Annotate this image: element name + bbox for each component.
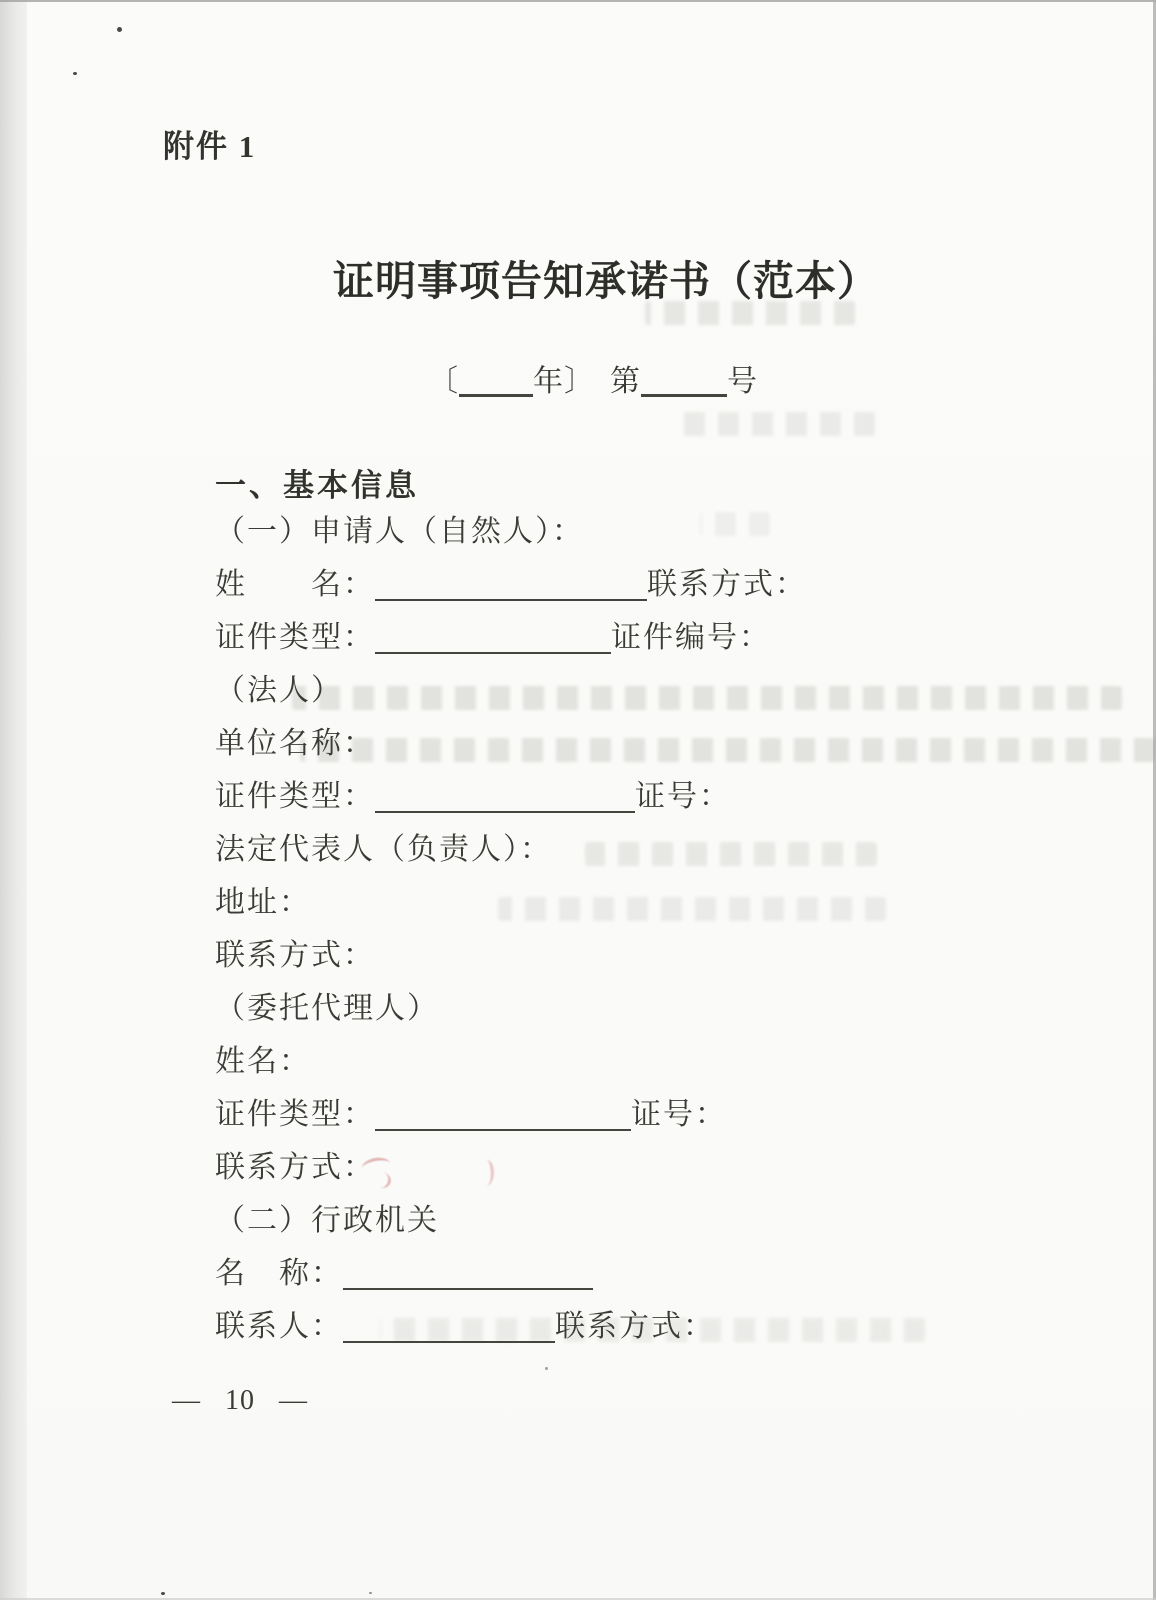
field-label: 法定代表人（负责人）： [215,833,552,866]
field-label: 姓 名： [215,568,375,601]
bleed-through-artifact [680,412,875,436]
field-label: 名 称： [215,1257,343,1290]
dust-speck [161,1592,165,1595]
form-line-id-type-agent: 证件类型：证号： [215,1088,1115,1141]
field-label: 联系方式： [647,568,807,601]
form-line-agent-name: 姓名： [215,1035,1115,1088]
form-line-legal-representative: 法定代表人（负责人）： [215,823,1115,876]
field-label: 联系人： [215,1310,343,1343]
doc-number-year-suffix: 年〕 [533,365,595,398]
field-label: 姓名： [215,1045,311,1078]
year-blank-field [459,368,533,397]
field-label: 证号： [635,780,731,813]
form-line-name: 姓 名：联系方式： [215,558,1115,611]
field-label: 联系方式： [215,1151,375,1184]
doc-number-no-label: 第 [610,365,641,398]
form-line-address: 地址： [215,876,1115,929]
page-number: — 10 — [172,1385,308,1417]
number-blank-field [641,368,727,397]
form-line-organ-name: 名 称： [215,1247,1115,1300]
field-label: 地址： [215,886,311,919]
form-line-unit-name: 单位名称： [215,717,1115,770]
form-line-legal-person-header: （法人） [215,664,1115,717]
field-label: （一）申请人（自然人）： [215,515,584,548]
document-title: 证明事项告知承诺书（范本） [333,248,879,307]
document-number-line: 〔年〕第号 [428,356,758,400]
field-label: 证件类型： [215,1098,375,1131]
field-label: （二）行政机关 [215,1204,439,1237]
form-line-contact-agent: 联系方式： [215,1141,1115,1194]
attachment-label: 附件 1 [163,121,256,166]
form-line-id-type-natural: 证件类型：证件编号： [215,611,1115,664]
dust-speck [545,1367,548,1370]
form-body: （一）申请人（自然人）： 姓 名：联系方式： 证件类型：证件编号： （法人） 单… [215,505,1115,1353]
scan-top-edge-line [0,0,1156,2]
field-label: 证号： [631,1098,727,1131]
scanned-document-page: 附件 1 证明事项告知承诺书（范本） 〔年〕第号 一、基本信息 （一）申请人（自… [0,0,1156,1600]
id-type-blank-field [375,1099,631,1131]
id-type-blank-field [375,622,611,654]
field-label: 单位名称： [215,727,375,760]
doc-number-no-suffix: 号 [727,365,758,398]
dust-speck [73,72,77,75]
field-label: 联系方式： [215,939,375,972]
name-blank-field [375,569,647,601]
section-heading-basic-info: 一、基本信息 [215,460,419,505]
field-label: 证件类型： [215,780,375,813]
field-label: 证件编号： [611,621,771,654]
organ-name-blank-field [343,1258,593,1290]
field-label: 联系方式： [555,1310,715,1343]
id-type-blank-field [375,781,635,813]
field-label: （法人） [215,674,343,707]
dust-speck [369,1592,372,1594]
contact-person-blank-field [343,1311,555,1343]
field-label: （委托代理人） [215,992,439,1025]
form-line-id-type-legal: 证件类型：证号： [215,770,1115,823]
form-line-applicant-natural-person: （一）申请人（自然人）： [215,505,1115,558]
dust-speck [117,27,122,32]
form-line-entrusted-agent-header: （委托代理人） [215,982,1115,1035]
form-line-admin-organ-header: （二）行政机关 [215,1194,1115,1247]
form-line-contact-person: 联系人：联系方式： [215,1300,1115,1353]
form-line-contact-legal: 联系方式： [215,929,1115,982]
scan-left-edge-shadow [0,0,27,1600]
doc-number-open-bracket: 〔 [428,365,459,398]
field-label: 证件类型： [215,621,375,654]
